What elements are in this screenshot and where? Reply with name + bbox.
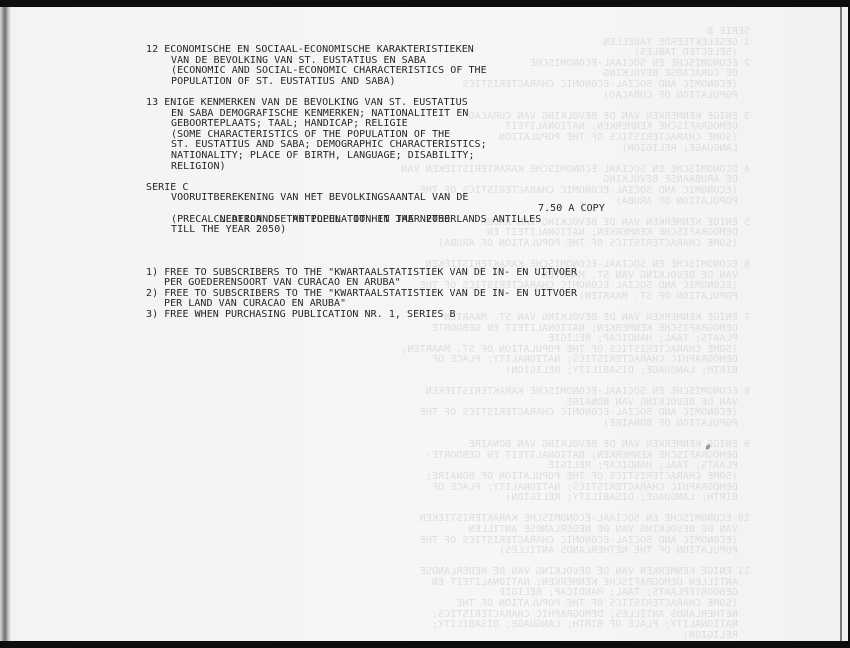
- serie-c-section: SERIE C VOORUITBEREKENING VAN HET BEVOLK…: [146, 183, 577, 236]
- footnote-text: FREE WHEN PURCHASING PUBLICATION NR. 1, …: [164, 309, 455, 320]
- item-line: NEDERLANDSE ANTILLEN TOT HET JAAR 2050: [220, 214, 451, 225]
- footnote-marker: 2): [146, 288, 158, 299]
- item-line: RELIGION): [146, 162, 577, 173]
- list-item-12: 12 ECONOMISCHE EN SOCIAAL-ECONOMISCHE KA…: [146, 45, 577, 87]
- item-line: POPULATION OF ST. EUSTATIUS AND SABA): [146, 77, 577, 88]
- price-label: 7.50 A COPY: [538, 204, 605, 215]
- item-number: 13: [146, 97, 158, 108]
- footnote-marker: 1): [146, 267, 158, 278]
- footnote-text: FREE TO SUBSCRIBERS TO THE "KWARTAALSTAT…: [164, 288, 577, 299]
- footnote-text: FREE TO SUBSCRIBERS TO THE "KWARTAALSTAT…: [164, 267, 577, 278]
- item-line: VOORUITBEREKENING VAN HET BEVOLKINGSAANT…: [146, 193, 577, 204]
- footnotes: 1) FREE TO SUBSCRIBERS TO THE "KWARTAALS…: [146, 268, 577, 321]
- scanned-page: SERIE B 1 GESELEKTEERDE TABELLEN (SELECT…: [0, 7, 848, 641]
- list-item-13: 13 ENIGE KENMERKEN VAN DE BEVOLKING VAN …: [146, 98, 577, 172]
- item-title: ENIGE KENMERKEN VAN DE BEVOLKING VAN ST.…: [164, 97, 468, 108]
- item-title: ECONOMISCHE EN SOCIAAL-ECONOMISCHE KARAK…: [164, 44, 474, 55]
- item-number: 12: [146, 44, 158, 55]
- publication-list: 12 ECONOMISCHE EN SOCIAAL-ECONOMISCHE KA…: [146, 45, 577, 321]
- footnote-marker: 3): [146, 309, 158, 320]
- item-line: NATIONALITY; PLACE OF BIRTH, LANGUAGE; D…: [146, 151, 577, 162]
